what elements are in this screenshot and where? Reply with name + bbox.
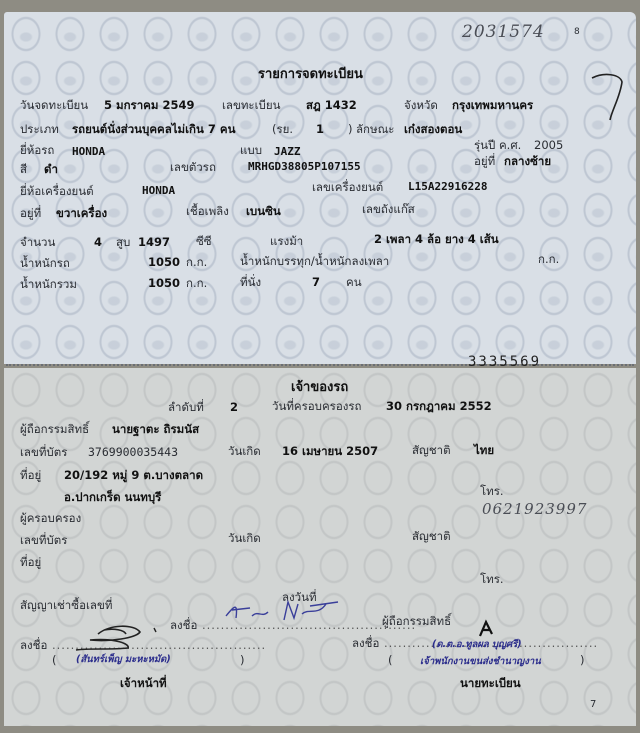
cc-label: ซีซี xyxy=(196,236,212,248)
engine-no-label: เลขเครื่องยนต์ xyxy=(312,182,383,194)
gross-weight-label: น้ำหนักรวม xyxy=(20,279,77,291)
owner-label: ผู้ถือกรรมสิทธิ์ xyxy=(20,424,89,436)
body-label: ลักษณะ xyxy=(356,124,394,136)
type-code-close: ) xyxy=(348,124,353,136)
plate-label: เลขทะเบียน xyxy=(222,100,280,112)
cylinders-label: จำนวน xyxy=(20,237,55,249)
model: JAZZ xyxy=(274,146,301,157)
fuel: เบนซิน xyxy=(246,206,281,218)
nationality: ไทย xyxy=(474,445,494,457)
chassis-label: เลขตัวรถ xyxy=(170,162,216,174)
brand-label: ยี่ห้อรถ xyxy=(20,145,54,157)
persons-unit: คน xyxy=(346,277,362,289)
registrar-position: เจ้าพนักงานขนส่งชำนาญงาน xyxy=(420,654,541,669)
officer-title: เจ้าหน้าที่ xyxy=(120,678,167,690)
axles-wheels: 2 เพลา 4 ล้อ ยาง 4 เส้น xyxy=(374,234,499,246)
engine-number: L15A22916228 xyxy=(408,181,487,192)
displacement: 1497 xyxy=(138,237,170,249)
registrar-position-open: ( xyxy=(388,655,393,667)
officer-signature xyxy=(70,622,180,652)
chassis-location-label: อยู่ที่ xyxy=(474,156,495,168)
weight: 1050 xyxy=(148,257,180,269)
type: รถยนต์นั่งส่วนบุคคลไม่เกิน 7 คน xyxy=(72,124,235,136)
order: 2 xyxy=(230,402,238,414)
province-label: จังหวัด xyxy=(404,100,438,112)
owner-name: นายฐาตะ ถิรมนัส xyxy=(112,424,199,436)
phone-handwritten: 0621923997 xyxy=(482,500,587,518)
fuel-label: เชื้อเพลิง xyxy=(186,206,229,218)
type-code: 1 xyxy=(316,124,324,136)
possession-date-label: วันที่ครอบครองรถ xyxy=(272,401,362,413)
owner-sign-suffix: ผู้ถือกรรมสิทธิ์ xyxy=(382,616,451,628)
reg-date: 5 มกราคม 2549 xyxy=(104,100,194,112)
registration-title: รายการจดทะเบียน xyxy=(258,63,363,84)
type-code-open: (รย. xyxy=(272,124,293,136)
id-label: เลขที่บัตร xyxy=(20,447,67,459)
weight-label: น้ำหนักรถ xyxy=(20,258,70,270)
possessor-phone-label: โทร. xyxy=(480,574,504,586)
gross-weight-unit: ก.ก. xyxy=(186,278,207,290)
year: 2005 xyxy=(534,140,563,152)
body-type: เก๋งสองตอน xyxy=(404,124,462,136)
officer-name: (สันทร์เพ็ญ มะหะหมัด) xyxy=(76,652,171,667)
type-label: ประเภท xyxy=(20,124,59,136)
possessor-birth-label: วันเกิด xyxy=(228,533,261,545)
owner-title: เจ้าของรถ xyxy=(291,376,348,397)
officer-name-close: ) xyxy=(240,655,245,667)
order-label: ลำดับที่ xyxy=(168,402,204,414)
weight-unit: ก.ก. xyxy=(186,257,207,269)
load-label: น้ำหนักบรรทุก/น้ำหนักลงเพลา xyxy=(240,256,389,268)
officer-name-open: ( xyxy=(52,655,57,667)
engine-brand-label: ยี่ห้อเครื่องยนต์ xyxy=(20,186,94,198)
engine-location-label: อยู่ที่ xyxy=(20,208,41,220)
address-label: ที่อยู่ xyxy=(20,470,41,482)
registrar-initial xyxy=(478,620,498,638)
chassis-location: กลางซ้าย xyxy=(504,156,551,168)
officer-sign-label: ลงชื่อ xyxy=(20,640,47,652)
owner-page xyxy=(4,368,636,726)
possessor-nationality-label: สัญชาติ xyxy=(412,531,451,543)
possessor-id-label: เลขที่บัตร xyxy=(20,535,67,547)
seats-label: ที่นั่ง xyxy=(240,277,261,289)
year-label: รุ่นปี ค.ศ. xyxy=(474,140,521,152)
color-label: สี xyxy=(20,164,27,176)
birth-label: วันเกิด xyxy=(228,446,261,458)
serial-number: 3335569 xyxy=(468,354,541,370)
address-line-2: อ.ปากเกร็ด นนทบุรี xyxy=(64,492,161,504)
horsepower-label: แรงม้า xyxy=(270,236,303,248)
reg-date-label: วันจดทะเบียน xyxy=(20,100,88,112)
nationality-label: สัญชาติ xyxy=(412,445,451,457)
page-number: 7 xyxy=(590,700,596,710)
registrar-position-close: ) xyxy=(580,655,585,667)
registrar-title: นายทะเบียน xyxy=(460,678,521,690)
handwritten-seven-mark xyxy=(590,72,630,122)
possessor-label: ผู้ครอบครอง xyxy=(20,513,81,525)
owner-signature xyxy=(222,596,342,626)
plate: สฎ 1432 xyxy=(306,100,357,112)
engine-location: ขวาเครื่อง xyxy=(56,208,107,220)
province: กรุงเทพมหานคร xyxy=(452,100,533,112)
gas-tank-label: เลขถังแก๊ส xyxy=(362,204,415,216)
birth-date: 16 เมษายน 2507 xyxy=(282,446,378,458)
chassis-number: MRHGD38805P107155 xyxy=(248,161,361,172)
registrar-name: (ด.ต.อ.ทูลผล บุญศรี) xyxy=(432,637,522,652)
lease-label: สัญญาเช่าซื้อเลขที่ xyxy=(20,600,112,612)
id-number: 3769900035443 xyxy=(88,447,178,459)
color: ดำ xyxy=(44,164,58,176)
corner-mark: 8 xyxy=(574,28,580,37)
gross-weight: 1050 xyxy=(148,278,180,290)
possession-date: 30 กรกฎาคม 2552 xyxy=(386,401,492,413)
possessor-address-label: ที่อยู่ xyxy=(20,557,41,569)
displacement-label: สูบ xyxy=(116,237,130,249)
registrar-sign-label: ลงชื่อ xyxy=(352,638,379,650)
seats: 7 xyxy=(312,277,320,289)
model-label: แบบ xyxy=(240,145,262,157)
address-line-1: 20/192 หมู่ 9 ต.บางตลาด xyxy=(64,470,203,482)
load-unit: ก.ก. xyxy=(538,254,559,266)
cylinders: 4 xyxy=(94,237,102,249)
handwritten-number: 2031574 xyxy=(462,22,545,42)
brand: HONDA xyxy=(72,146,105,157)
phone-label: โทร. xyxy=(480,486,504,498)
engine-brand: HONDA xyxy=(142,185,175,196)
